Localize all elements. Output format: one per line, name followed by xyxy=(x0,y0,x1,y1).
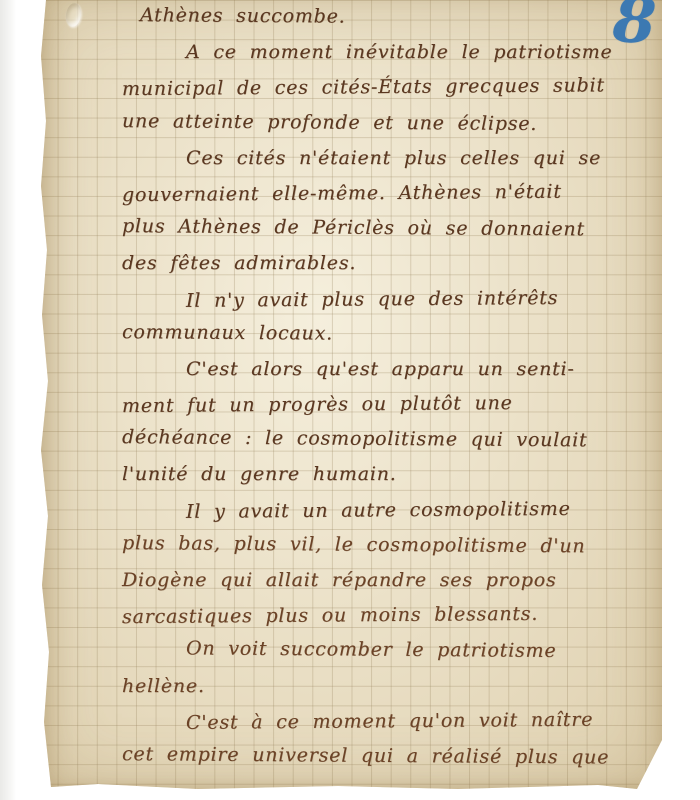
manuscript-line: hellène. xyxy=(122,669,662,704)
scan-background-edge xyxy=(0,0,16,800)
manuscript-line: Il y avait un autre cosmopolitisme xyxy=(186,491,662,530)
manuscript-line: municipal de ces cités-États grecques su… xyxy=(122,68,662,107)
manuscript-line: plus bas, plus vil, le cosmopolitisme d'… xyxy=(122,526,662,565)
manuscript-lines: Athènes succombe.A ce moment inévitable … xyxy=(38,0,662,774)
manuscript-line: cet empire universel qui a réalisé plus … xyxy=(122,737,662,776)
manuscript-line: sarcastiques plus ou moins blessants. xyxy=(122,596,662,635)
manuscript-page: 8 Athènes succombe.A ce moment inévitabl… xyxy=(38,0,662,791)
manuscript-line: Diogène qui allait répandre ses propos xyxy=(122,563,662,598)
manuscript-line: C'est alors qu'est apparu un senti- xyxy=(186,352,662,387)
manuscript-line: Il n'y avait plus que des intérêts xyxy=(186,280,662,319)
manuscript-line: déchéance : le cosmopolitisme qui voulai… xyxy=(122,420,662,459)
manuscript-line: plus Athènes de Périclès où se donnaient xyxy=(122,209,662,248)
manuscript-line: Athènes succombe. xyxy=(140,0,662,37)
manuscript-line: des fêtes admirables. xyxy=(122,246,662,281)
manuscript-line: gouvernaient elle-même. Athènes n'était xyxy=(122,174,662,213)
manuscript-line: On voit succomber le patriotisme xyxy=(186,632,662,671)
manuscript-line: ment fut un progrès ou plutôt une xyxy=(122,385,662,424)
manuscript-line: C'est à ce moment qu'on voit naître xyxy=(186,702,662,741)
manuscript-line: communaux locaux. xyxy=(122,315,662,354)
manuscript-line: A ce moment inévitable le patriotisme xyxy=(186,35,662,70)
manuscript-line: Ces cités n'étaient plus celles qui se xyxy=(186,141,662,176)
manuscript-line: une atteinte profonde et une éclipse. xyxy=(122,104,662,143)
manuscript-line: l'unité du genre humain. xyxy=(122,457,662,492)
